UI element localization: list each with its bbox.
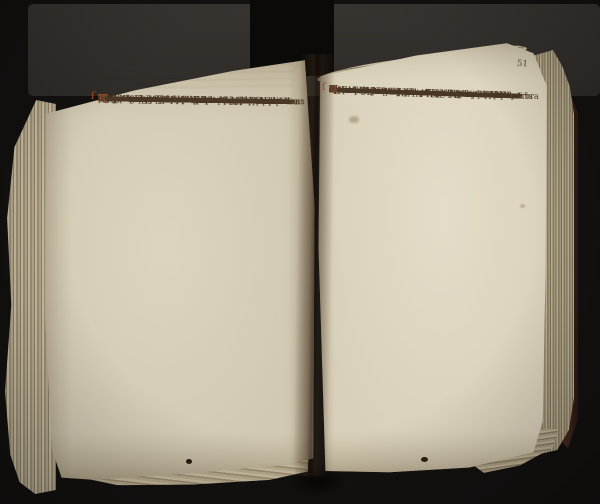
stain xyxy=(186,459,192,464)
stain xyxy=(421,457,428,462)
line-end-mark: ʒ xyxy=(333,83,337,95)
stain xyxy=(349,116,359,123)
paraph-mark: ſ xyxy=(91,91,95,103)
folio-number: 51 xyxy=(517,59,528,70)
stain xyxy=(520,204,525,208)
left-page-verso xyxy=(38,56,316,484)
line-end-mark: ʒ xyxy=(102,92,106,104)
manuscript-photograph: Nec gerit expositum velis in fronte pate… xyxy=(0,0,600,504)
paraph-mark: ſ xyxy=(322,82,326,94)
ink-showthrough xyxy=(104,58,294,89)
right-page-recto xyxy=(310,38,576,474)
